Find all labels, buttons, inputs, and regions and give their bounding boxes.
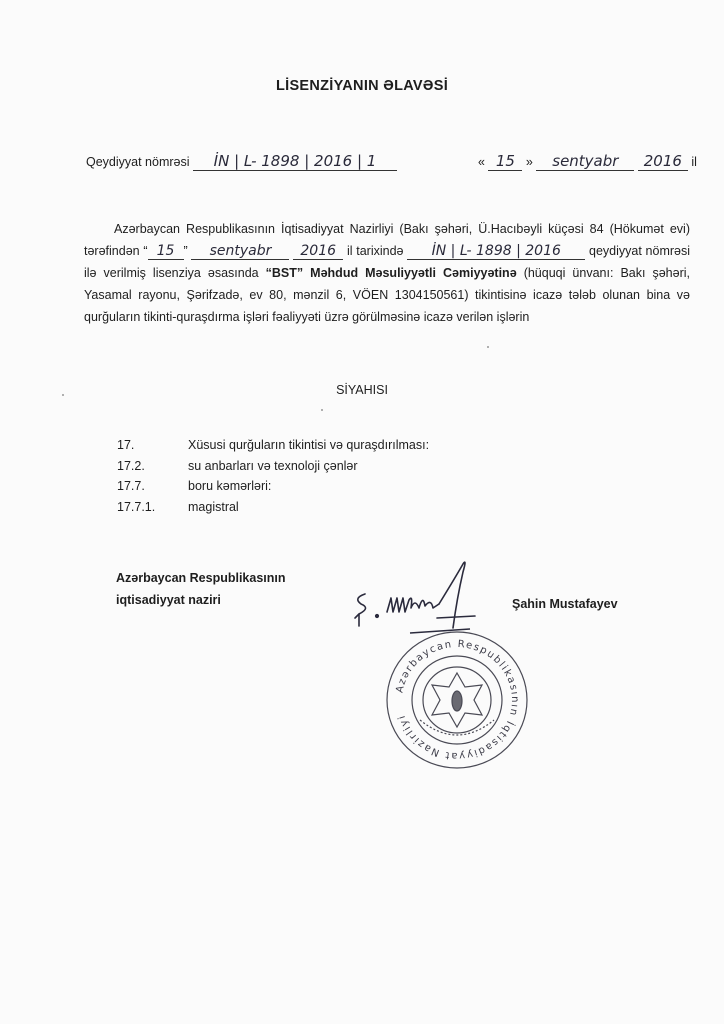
date-day-handwritten: 15 (488, 153, 522, 171)
position-line-1: Azərbaycan Respublikasının (116, 567, 286, 589)
year-suffix: il (691, 155, 697, 169)
issue-day-handwritten: 15 (148, 244, 184, 260)
works-list: 17. Xüsusi qurğuların tikintisi və quraş… (117, 435, 429, 517)
item-number: 17. (117, 438, 188, 452)
item-number: 17.7. (117, 479, 188, 493)
item-text: Xüsusi qurğuların tikintisi və quraşdırı… (188, 438, 429, 452)
item-text: boru kəmərləri: (188, 479, 271, 493)
registration-date: « 15 » sentyabr 2016 il (478, 153, 697, 171)
list-heading: SİYAHISI (0, 383, 724, 397)
item-number: 17.7.1. (117, 500, 188, 514)
quote-close: » (526, 155, 533, 169)
main-paragraph: Azərbaycan Respublikasının İqtisadiyyat … (84, 218, 690, 328)
registration-label: Qeydiyyat nömrəsi (86, 155, 190, 169)
quote-open: « (478, 155, 485, 169)
issue-year-handwritten: 2016 (293, 244, 343, 260)
document-title: LİSENZİYANIN ƏLAVƏSİ (0, 78, 724, 94)
list-item: 17.2. su anbarları və texnoloji çənlər (117, 456, 429, 477)
item-text: su anbarları və texnoloji çənlər (188, 459, 358, 473)
scan-speck (62, 394, 64, 396)
date-year-handwritten: 2016 (638, 153, 688, 171)
list-item: 17.7. boru kəmərləri: (117, 476, 429, 497)
license-number-handwritten: İN | L- 1898 | 2016 (407, 244, 585, 260)
quote-close: ” (184, 244, 188, 258)
item-number: 17.2. (117, 459, 188, 473)
scan-speck (487, 346, 489, 348)
signatory-position: Azərbaycan Respublikasının iqtisadiyyat … (116, 567, 286, 611)
paragraph-part2: il tarixində (347, 244, 404, 258)
issue-month-handwritten: sentyabr (191, 244, 289, 260)
registration-number-handwritten: İN | L- 1898 | 2016 | 1 (193, 153, 397, 171)
scan-speck (321, 409, 323, 411)
list-item: 17.7.1. magistral (117, 497, 429, 518)
official-seal-icon: Azərbaycan Respublikasının İqtisadiyyat … (370, 625, 545, 775)
registration-number-line: Qeydiyyat nömrəsi İN | L- 1898 | 2016 | … (86, 153, 397, 171)
list-item: 17. Xüsusi qurğuların tikintisi və quraş… (117, 435, 429, 456)
company-name: “BST” Məhdud Məsuliyyətli Cəmiyyətinə (266, 266, 517, 280)
date-month-handwritten: sentyabr (536, 153, 634, 171)
item-text: magistral (188, 500, 239, 514)
position-line-2: iqtisadiyyat naziri (116, 589, 286, 611)
signatory-name: Şahin Mustafayev (512, 597, 618, 611)
